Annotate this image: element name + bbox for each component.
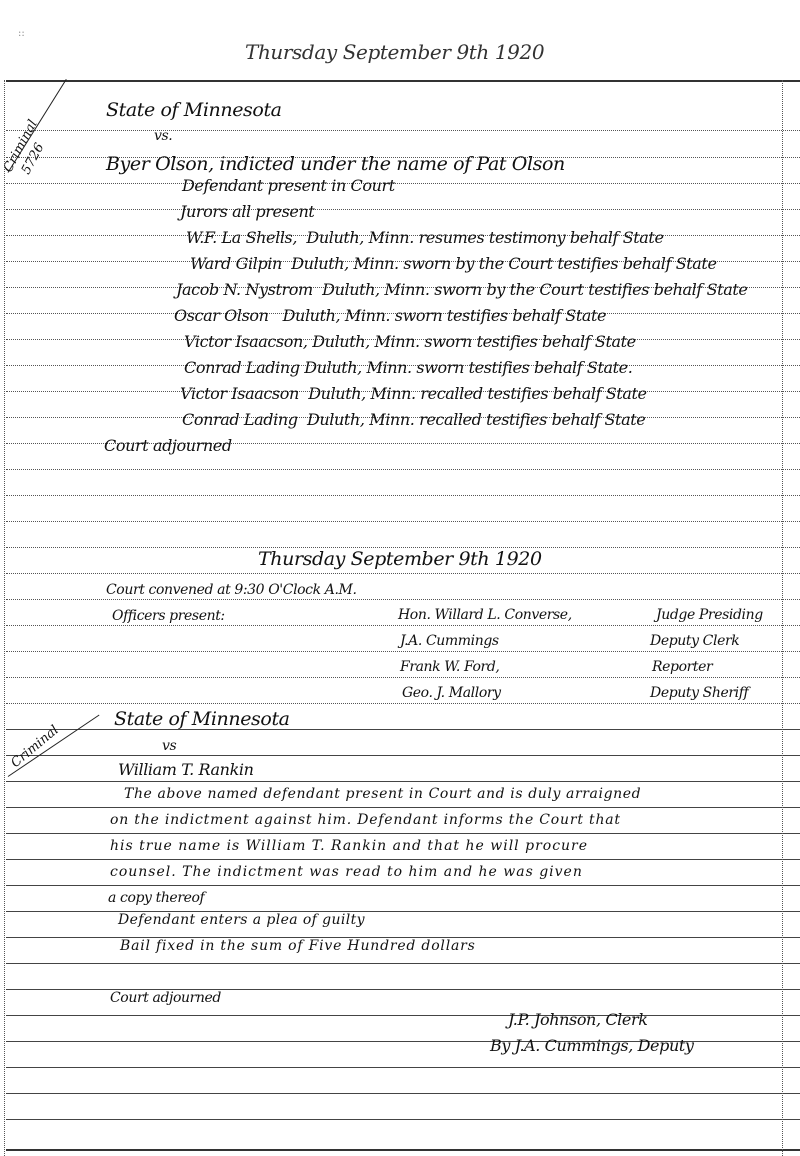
body-line: on the indictment against him. Defendant… <box>110 812 621 828</box>
officer-role: Judge Presiding <box>656 607 763 623</box>
caption-vs-2: vs <box>162 738 176 754</box>
ruled-line <box>6 495 800 496</box>
witness-text: Duluth, Minn. recalled testifies behalf … <box>308 384 646 403</box>
caption-state-2: State of Minnesota <box>114 708 290 730</box>
page-header-date: Thursday September 9th 1920 <box>245 40 544 64</box>
session-date-heading: Thursday September 9th 1920 <box>258 548 542 570</box>
ruled-line <box>6 183 800 184</box>
court-adjourned-2: Court adjourned <box>110 990 221 1006</box>
witness-text: Duluth, Minn. recalled testifies behalf … <box>307 410 645 429</box>
ruled-line <box>6 807 800 808</box>
defendant-present: Defendant present in Court <box>182 176 395 195</box>
left-margin-line <box>4 80 5 1156</box>
ruled-line <box>6 833 800 834</box>
ruled-line <box>6 599 800 600</box>
ruled-line <box>6 859 800 860</box>
defendant-name-2: William T. Rankin <box>118 760 254 779</box>
witness-text: Duluth, Minn. sworn testifies behalf Sta… <box>304 358 632 377</box>
ruled-line <box>6 755 800 756</box>
body-line: The above named defendant present in Cou… <box>124 786 641 802</box>
ruled-line <box>6 469 800 470</box>
ruled-line <box>6 130 800 131</box>
header-rule <box>6 80 800 82</box>
jurors-present: Jurors all present <box>180 202 314 221</box>
witness-name: W.F. La Shells, <box>186 228 297 247</box>
officer-role: Reporter <box>652 659 712 675</box>
caption-state: State of Minnesota <box>106 99 282 121</box>
court-record-page: :: Thursday September 9th 1920 Criminal … <box>0 0 800 1156</box>
witness-row: Victor Isaacson Duluth, Minn. recalled t… <box>180 384 647 403</box>
ruled-line <box>6 521 800 522</box>
witness-name: Ward Gilpin <box>190 254 282 273</box>
witness-text: Duluth, Minn. sworn testifies behalf Sta… <box>312 332 636 351</box>
witness-row: Ward Gilpin Duluth, Minn. sworn by the C… <box>190 254 717 273</box>
witness-row: Conrad Lading Duluth, Minn. recalled tes… <box>182 410 645 429</box>
ruled-line <box>6 1015 800 1016</box>
caption-vs: vs. <box>154 128 172 144</box>
witness-name: Victor Isaacson <box>180 384 299 403</box>
ruled-line <box>6 625 800 626</box>
witness-row: Oscar Olson Duluth, Minn. sworn testifie… <box>174 306 606 325</box>
body-line: a copy thereof <box>108 890 204 906</box>
ruled-line <box>6 209 800 210</box>
witness-name: Jacob N. Nystrom <box>176 280 313 299</box>
witness-row: Jacob N. Nystrom Duluth, Minn. sworn by … <box>176 280 747 299</box>
officers-label: Officers present: <box>112 608 225 624</box>
marginal-note-criminal-2: Criminal <box>8 723 61 771</box>
ruled-line <box>6 1093 800 1094</box>
marginal-label: Criminal <box>8 723 61 771</box>
ruled-line <box>6 573 800 574</box>
witness-name: Oscar Olson <box>174 306 269 325</box>
officer-name: Hon. Willard L. Converse, <box>398 607 572 623</box>
body-line: his true name is William T. Rankin and t… <box>110 838 588 854</box>
witness-row: W.F. La Shells, Duluth, Minn. resumes te… <box>186 228 664 247</box>
witness-row: Victor Isaacson, Duluth, Minn. sworn tes… <box>184 332 636 351</box>
witness-text: Duluth, Minn. sworn by the Court testifi… <box>291 254 716 273</box>
officer-name: J.A. Cummings <box>400 633 499 649</box>
defendant-line: Byer Olson, indicted under the name of P… <box>106 153 565 175</box>
corner-mark: :: <box>18 28 25 39</box>
officer-role: Deputy Clerk <box>650 633 739 649</box>
ruled-line <box>6 885 800 886</box>
signature-deputy: By J.A. Cummings, Deputy <box>490 1036 694 1055</box>
witness-row: Conrad Lading Duluth, Minn. sworn testif… <box>184 358 632 377</box>
ruled-line <box>6 963 800 964</box>
witness-text: Duluth, Minn. resumes testimony behalf S… <box>306 228 663 247</box>
body-line: counsel. The indictment was read to him … <box>110 864 583 880</box>
plea-line: Defendant enters a plea of guilty <box>118 912 365 928</box>
witness-name: Conrad Lading <box>184 358 300 377</box>
ruled-line <box>6 781 800 782</box>
witness-text: Duluth, Minn. sworn testifies behalf Sta… <box>283 306 607 325</box>
witness-name: Victor Isaacson, <box>184 332 308 351</box>
signature-clerk: J.P. Johnson, Clerk <box>508 1010 648 1029</box>
ruled-line <box>6 703 800 704</box>
officer-name: Frank W. Ford, <box>400 659 499 675</box>
bail-line: Bail fixed in the sum of Five Hundred do… <box>120 938 476 954</box>
court-adjourned-1: Court adjourned <box>104 436 232 455</box>
right-margin-line <box>782 80 783 1156</box>
officer-name: Geo. J. Mallory <box>402 685 501 701</box>
officer-role: Deputy Sheriff <box>650 685 748 701</box>
ruled-line <box>6 651 800 652</box>
court-convened: Court convened at 9:30 O'Clock A.M. <box>106 582 357 598</box>
ruled-line <box>6 1067 800 1068</box>
ruled-line <box>6 677 800 678</box>
ruled-line <box>6 1119 800 1120</box>
witness-text: Duluth, Minn. sworn by the Court testifi… <box>322 280 747 299</box>
witness-name: Conrad Lading <box>182 410 298 429</box>
ruled-line <box>6 1149 800 1151</box>
